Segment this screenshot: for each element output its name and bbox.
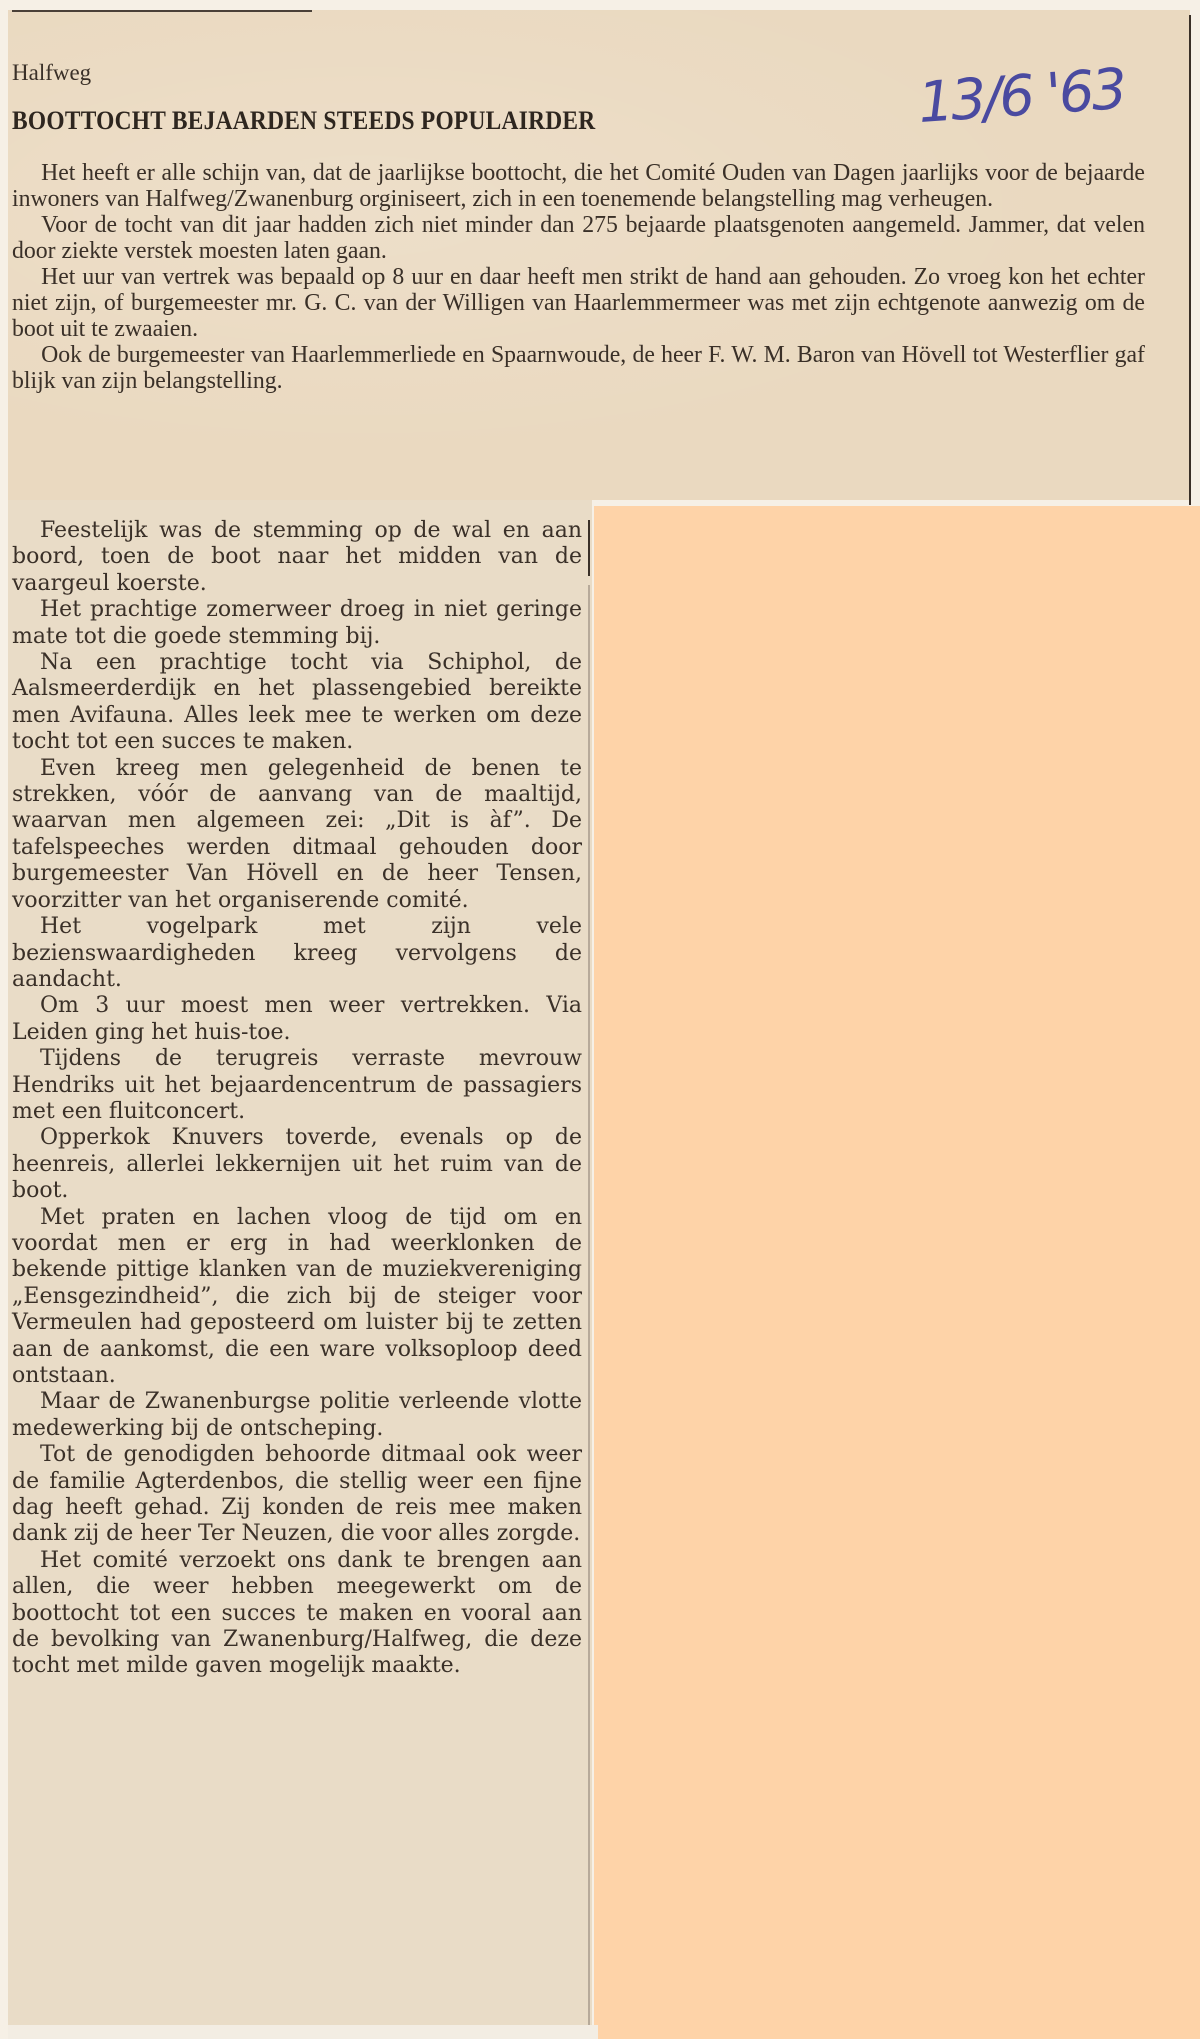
- body-paragraph: Het prachtige zomerweer droeg in niet ge…: [12, 597, 582, 650]
- body-paragraph: Even kreeg men gelegenheid de benen te s…: [12, 756, 582, 914]
- body-paragraph: Tot de genodigden behoorde ditmaal ook w…: [12, 1442, 582, 1548]
- lead-paragraph: Het heeft er alle schijn van, dat de jaa…: [12, 160, 1145, 212]
- body-paragraph: Feestelijk was de stemming op de wal en …: [12, 518, 582, 597]
- right-rule-divider: [1189, 15, 1191, 505]
- body-paragraph: Tijdens de terugreis verraste mevrouw He…: [12, 1046, 582, 1125]
- lead-paragraph: Ook de burgemeester van Haarlemmerliede …: [12, 342, 1145, 394]
- body-paragraph: Na een prachtige tocht via Schiphol, de …: [12, 650, 582, 756]
- body-paragraph: Opperkok Knuvers toverde, evenals op de …: [12, 1125, 582, 1204]
- top-rule-divider: [12, 10, 312, 12]
- lead-paragraph: Het uur van vertrek was bepaald op 8 uur…: [12, 264, 1145, 342]
- lead-paragraph: Voor de tocht van dit jaar hadden zich n…: [12, 212, 1145, 264]
- filler-background-block: [594, 506, 1200, 2039]
- body-paragraph: Met praten en lachen vloog de tijd om en…: [12, 1205, 582, 1390]
- body-paragraph: Het vogelpark met zijn vele bezienswaard…: [12, 914, 582, 993]
- body-paragraph: Het comité verzoekt ons dank te brengen …: [12, 1548, 582, 1680]
- column-rule: [588, 585, 590, 2025]
- article-headline: BOOTTOCHT BEJAARDEN STEEDS POPULAIRDER: [12, 106, 595, 136]
- page-margin: [8, 2025, 598, 2039]
- body-paragraph: Maar de Zwanenburgse politie verleende v…: [12, 1389, 582, 1442]
- kicker-location: Halfweg: [12, 60, 91, 86]
- lead-text: Het heeft er alle schijn van, dat de jaa…: [12, 160, 1145, 394]
- column-rule: [588, 520, 590, 576]
- body-column: Feestelijk was de stemming op de wal en …: [12, 518, 582, 1680]
- body-paragraph: Om 3 uur moest men weer vertrekken. Via …: [12, 993, 582, 1046]
